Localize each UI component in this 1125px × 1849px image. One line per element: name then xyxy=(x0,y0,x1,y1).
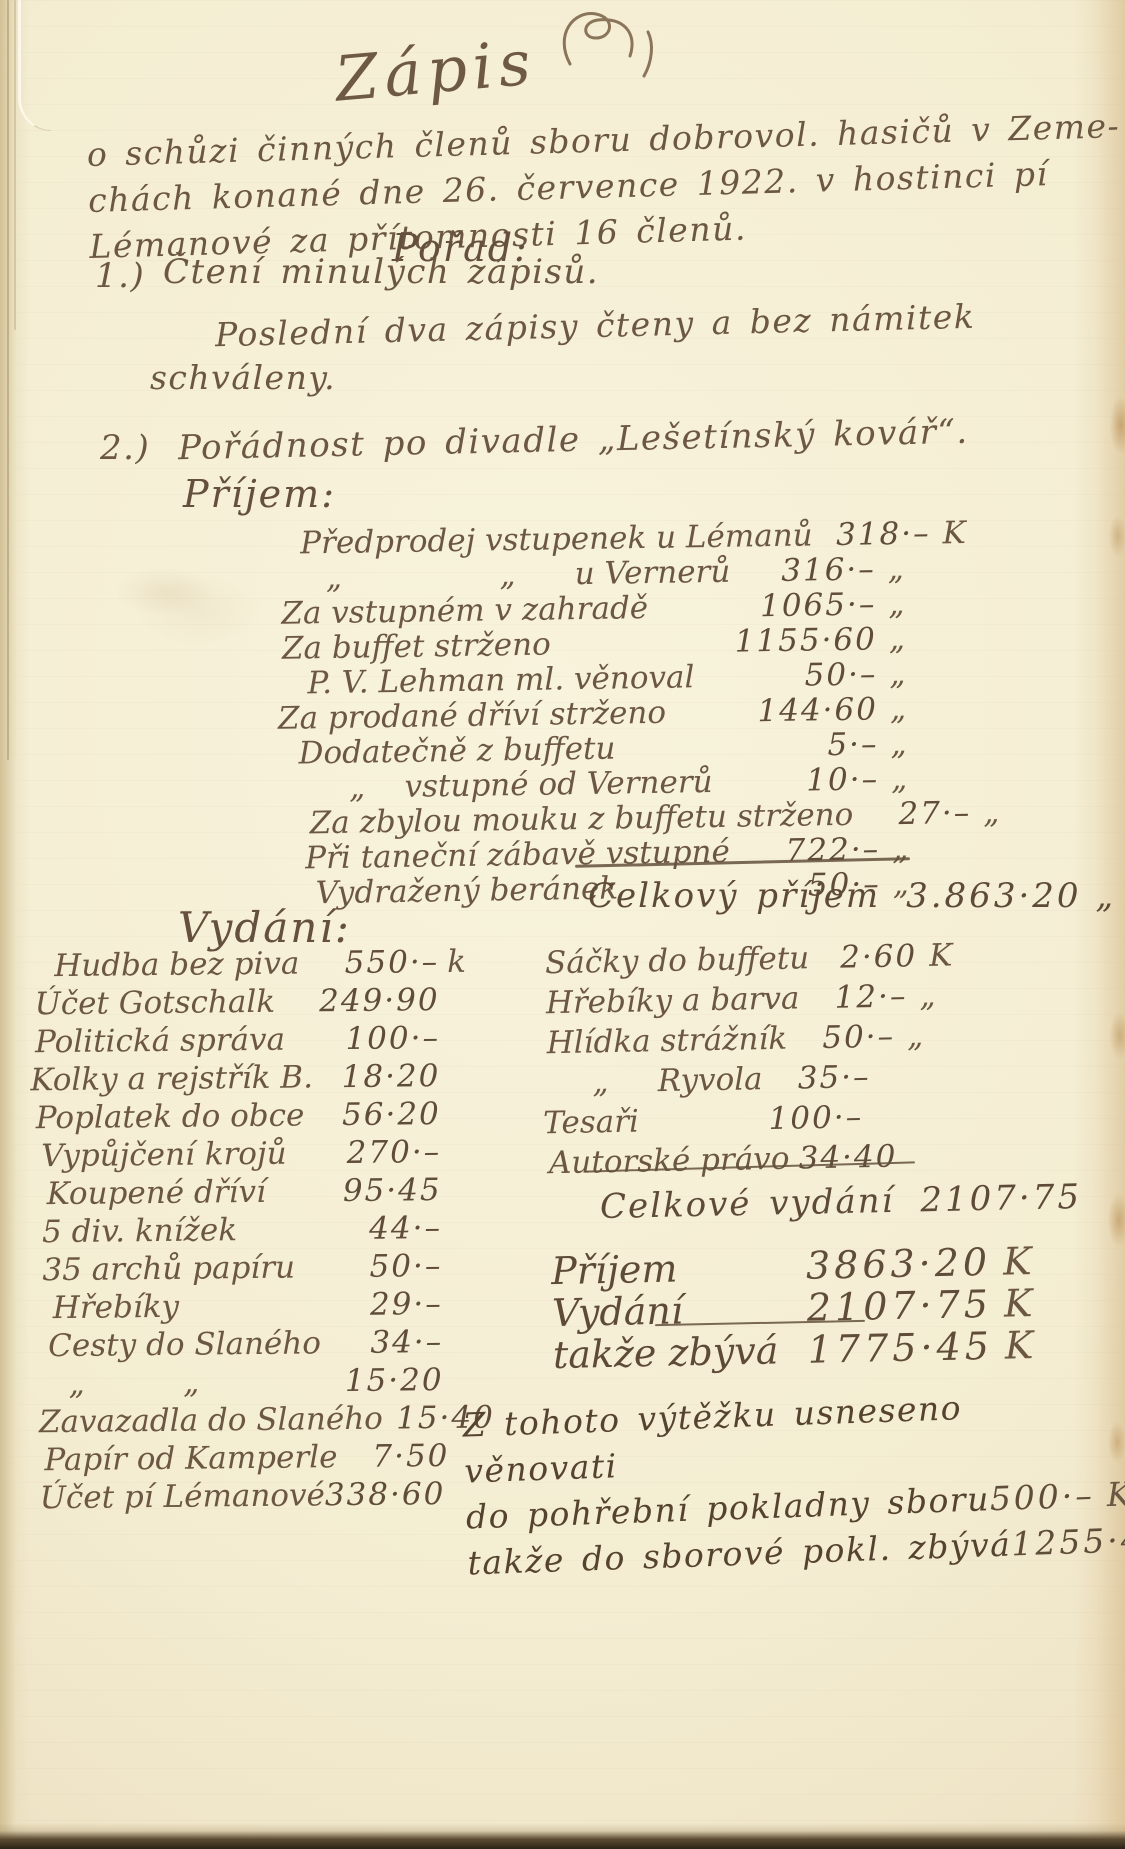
expense-row-label: Poplatek do obce xyxy=(36,1096,305,1137)
resolution-paragraph: Z tohoto výtěžku usneseno věnovati do po… xyxy=(462,1381,1073,1586)
income-row-currency: „ xyxy=(879,762,922,798)
expense-row: Účet pí Lémanové 338·60 xyxy=(35,1475,477,1518)
expense-row: „ „ 15·20 xyxy=(33,1361,475,1404)
income-row-amount: 1155·60 xyxy=(734,622,877,659)
income-row-currency: „ xyxy=(877,657,920,693)
expense-row-label: Hudba bez piva xyxy=(54,945,300,986)
summary-row-label: takže zbývá xyxy=(552,1329,778,1376)
expense-row-label: Účet pí Lémanové xyxy=(40,1476,325,1517)
income-row-amount: 5·– xyxy=(760,727,879,764)
summary-row-currency: K xyxy=(992,1282,1043,1325)
agenda-item-text: Čtení minulých zápisů. xyxy=(163,252,599,292)
expense-row-currency xyxy=(871,1086,905,1087)
resolution-amount: 500·– xyxy=(989,1473,1096,1523)
income-row-amount: 27·– xyxy=(853,796,972,833)
expense-row-amount: 550·– xyxy=(327,943,439,982)
income-row-amount: 316·– xyxy=(758,552,877,589)
expense-row-label: „ „ xyxy=(68,1364,199,1403)
expense-row-amount: 7·50 xyxy=(337,1437,449,1476)
income-row-currency: K xyxy=(930,516,966,552)
right-edge-stains xyxy=(1073,0,1125,1849)
expense-row-amount: 50·– xyxy=(787,1017,896,1059)
income-row-currency: „ xyxy=(876,587,919,623)
expense-row: Politická správa 100·– xyxy=(30,1019,472,1062)
resolution-currency: K xyxy=(1094,1471,1125,1518)
income-total-row: Celkový příjem 3.863·20 „ xyxy=(588,876,1115,916)
intro-paragraph: o schůzi činných členů sboru dobrovol. h… xyxy=(86,104,1089,270)
income-row-amount: 50·– xyxy=(759,657,878,694)
income-row-label: Za buffet strženo xyxy=(282,628,551,667)
summary-row-amount: 1775·45 xyxy=(797,1325,993,1371)
expense-row: Cesty do Slaného 34·– xyxy=(33,1323,475,1366)
expense-row-label: Hřebíky xyxy=(53,1288,180,1327)
income-heading: Příjem: xyxy=(183,472,336,516)
scanned-page: Zápis o schůzi činných členů sboru dobro… xyxy=(0,0,1125,1849)
expense-row-amount: 34·40 xyxy=(789,1137,898,1179)
summary-block: Příjem 3863·20 K Vydání 2107·75 K takže … xyxy=(551,1240,1044,1376)
expense-row-amount: 15·20 xyxy=(331,1361,443,1400)
summary-row-currency: K xyxy=(992,1324,1043,1367)
income-row-label: Vydražený beránek xyxy=(316,871,619,911)
expense-row-label: Autorské právo xyxy=(549,1139,790,1184)
income-total-label: Celkový příjem xyxy=(588,876,880,916)
income-total-amount: 3.863·20 xyxy=(880,876,1081,916)
expense-row-amount: 249·90 xyxy=(319,981,440,1020)
expense-row-label: 35 archů papíru xyxy=(42,1249,295,1290)
expenses-right-column: Sáčky do buffetu 2·60 K Hřebíky a barva … xyxy=(530,936,907,1183)
expense-row: Autorské právo 34·40 xyxy=(534,1136,907,1183)
summary-row-label: Vydání xyxy=(552,1289,684,1334)
income-row-label: „ „ u Vernerů xyxy=(326,555,731,596)
summary-row-label: Příjem xyxy=(551,1248,678,1293)
expense-row-currency: K xyxy=(917,935,953,976)
income-row-amount: 318·– xyxy=(812,517,931,554)
summary-row-amount: 3863·20 xyxy=(796,1241,992,1287)
expenses-total-amount: 2107·75 xyxy=(894,1177,1082,1221)
income-row-amount: 144·60 xyxy=(757,692,878,729)
expense-row-amount: 44·– xyxy=(330,1209,442,1248)
expense-row-label: Tesaři xyxy=(543,1102,640,1144)
expense-row-currency xyxy=(863,1126,905,1127)
income-row-currency: „ xyxy=(875,552,918,588)
expense-row-label: Papír od Kamperle xyxy=(44,1438,337,1479)
expense-row: Vypůjčení krojů 270·– xyxy=(31,1133,473,1176)
income-total-currency: „ xyxy=(1082,876,1116,916)
expense-row-amount: 50·– xyxy=(330,1247,442,1286)
expense-row-amount: 338·60 xyxy=(325,1475,445,1514)
expense-row: Hřebíky 29·– xyxy=(33,1285,475,1328)
expense-row: 35 archů papíru 50·– xyxy=(32,1247,474,1290)
agenda-item-note: schváleny. xyxy=(150,358,336,397)
expense-row-amount: 270·– xyxy=(329,1133,441,1172)
expense-row-label: Koupené dříví xyxy=(46,1173,266,1213)
page-bottom-edge xyxy=(0,1823,1125,1849)
expense-row-amount: 100·– xyxy=(328,1019,440,1058)
agenda-item-text: Pořádnost po divadle „Lešetínský kovář“. xyxy=(178,412,969,469)
expense-row-amount: 56·20 xyxy=(329,1095,441,1134)
income-table: Předprodej vstupenek u Lémanů 318·– K „ … xyxy=(245,517,923,913)
expense-row-label: Sáčky do buffetu xyxy=(545,938,810,983)
expense-row: Kolky a rejstřík B. 18·20 xyxy=(30,1057,472,1100)
agenda-item-note: Poslední dva zápisy čteny a bez námitek xyxy=(215,297,976,355)
resolution-amount: 1255·45 xyxy=(1011,1516,1125,1567)
income-row-amount: 10·– xyxy=(761,762,880,799)
summary-row-currency: K xyxy=(991,1240,1042,1283)
income-row-currency: „ xyxy=(878,727,921,763)
expense-row-amount: 2·60 xyxy=(809,936,918,978)
expense-row-currency: „ xyxy=(907,976,936,1017)
binding-crease xyxy=(14,0,16,330)
expense-row: Zavazadla do Slaného 15·40 xyxy=(34,1399,476,1442)
expense-row-amount: 95·45 xyxy=(329,1171,441,1210)
expense-row-label: Kolky a rejstřík B. xyxy=(30,1058,313,1099)
income-row-label: Za vstupném v zahradě xyxy=(281,591,648,632)
title-flourish xyxy=(552,4,682,104)
expense-row-label: Účet Gotschalk xyxy=(34,983,275,1024)
income-row-currency: „ xyxy=(880,832,923,868)
expense-row-label: Zavazadla do Slaného xyxy=(39,1400,383,1442)
expenses-total-row: Celkové vydání 2107·75 xyxy=(600,1177,1083,1227)
page-corner-edges xyxy=(18,0,51,131)
expense-row-amount: 29·– xyxy=(331,1285,443,1324)
agenda-item-number: 2.) xyxy=(100,428,150,468)
expenses-total-label: Celkové vydání xyxy=(600,1181,895,1227)
expense-row: Účet Gotschalk 249·90 xyxy=(29,981,471,1024)
expense-row-label: Politická správa xyxy=(35,1021,285,1062)
expense-row-label: Cesty do Slaného xyxy=(48,1324,321,1365)
income-row-amount: 1065·– xyxy=(758,587,877,624)
income-row-currency: „ xyxy=(878,692,921,728)
expense-row-label: „ Ryvola xyxy=(592,1059,763,1102)
agenda-item-number: 1.) xyxy=(95,256,145,296)
expense-row-label: Vypůjčení krojů xyxy=(41,1135,287,1176)
expense-row-amount: 35·– xyxy=(762,1057,871,1099)
expense-row-amount: 34·– xyxy=(331,1323,443,1362)
income-row-amount: 722·– xyxy=(762,832,881,869)
expense-row-currency: „ xyxy=(895,1016,924,1057)
expense-row-label: Hlídka strážník xyxy=(546,1019,787,1064)
income-row-currency: „ xyxy=(971,795,1000,830)
expenses-left-column: Hudba bez piva 550·– k Účet Gotschalk 24… xyxy=(29,943,477,1518)
expense-row: Hudba bez piva 550·– k xyxy=(29,943,471,986)
income-row-label: Při taneční zábavě vstupné xyxy=(305,835,730,877)
expense-row-label: 5 div. knížek xyxy=(42,1211,237,1251)
expense-row-amount: 12·– xyxy=(799,976,908,1018)
expense-row-label: Hřebíky a barva xyxy=(545,978,799,1023)
binding-crease xyxy=(7,0,9,760)
expense-row-amount: 18·20 xyxy=(328,1057,440,1096)
summary-row: takže zbývá 1775·45 K xyxy=(552,1324,1043,1376)
expense-row: 5 div. knížek 44·– xyxy=(32,1209,474,1252)
expense-row: Papír od Kamperle 7·50 xyxy=(34,1437,476,1480)
expense-row: Poplatek do obce 56·20 xyxy=(31,1095,473,1138)
expense-row-amount: 100·– xyxy=(755,1097,864,1139)
income-row-currency: „ xyxy=(877,622,920,658)
expense-row: Koupené dříví 95·45 xyxy=(31,1171,473,1214)
page-title: Zápis xyxy=(332,25,539,115)
expense-row-currency: k xyxy=(439,943,471,981)
